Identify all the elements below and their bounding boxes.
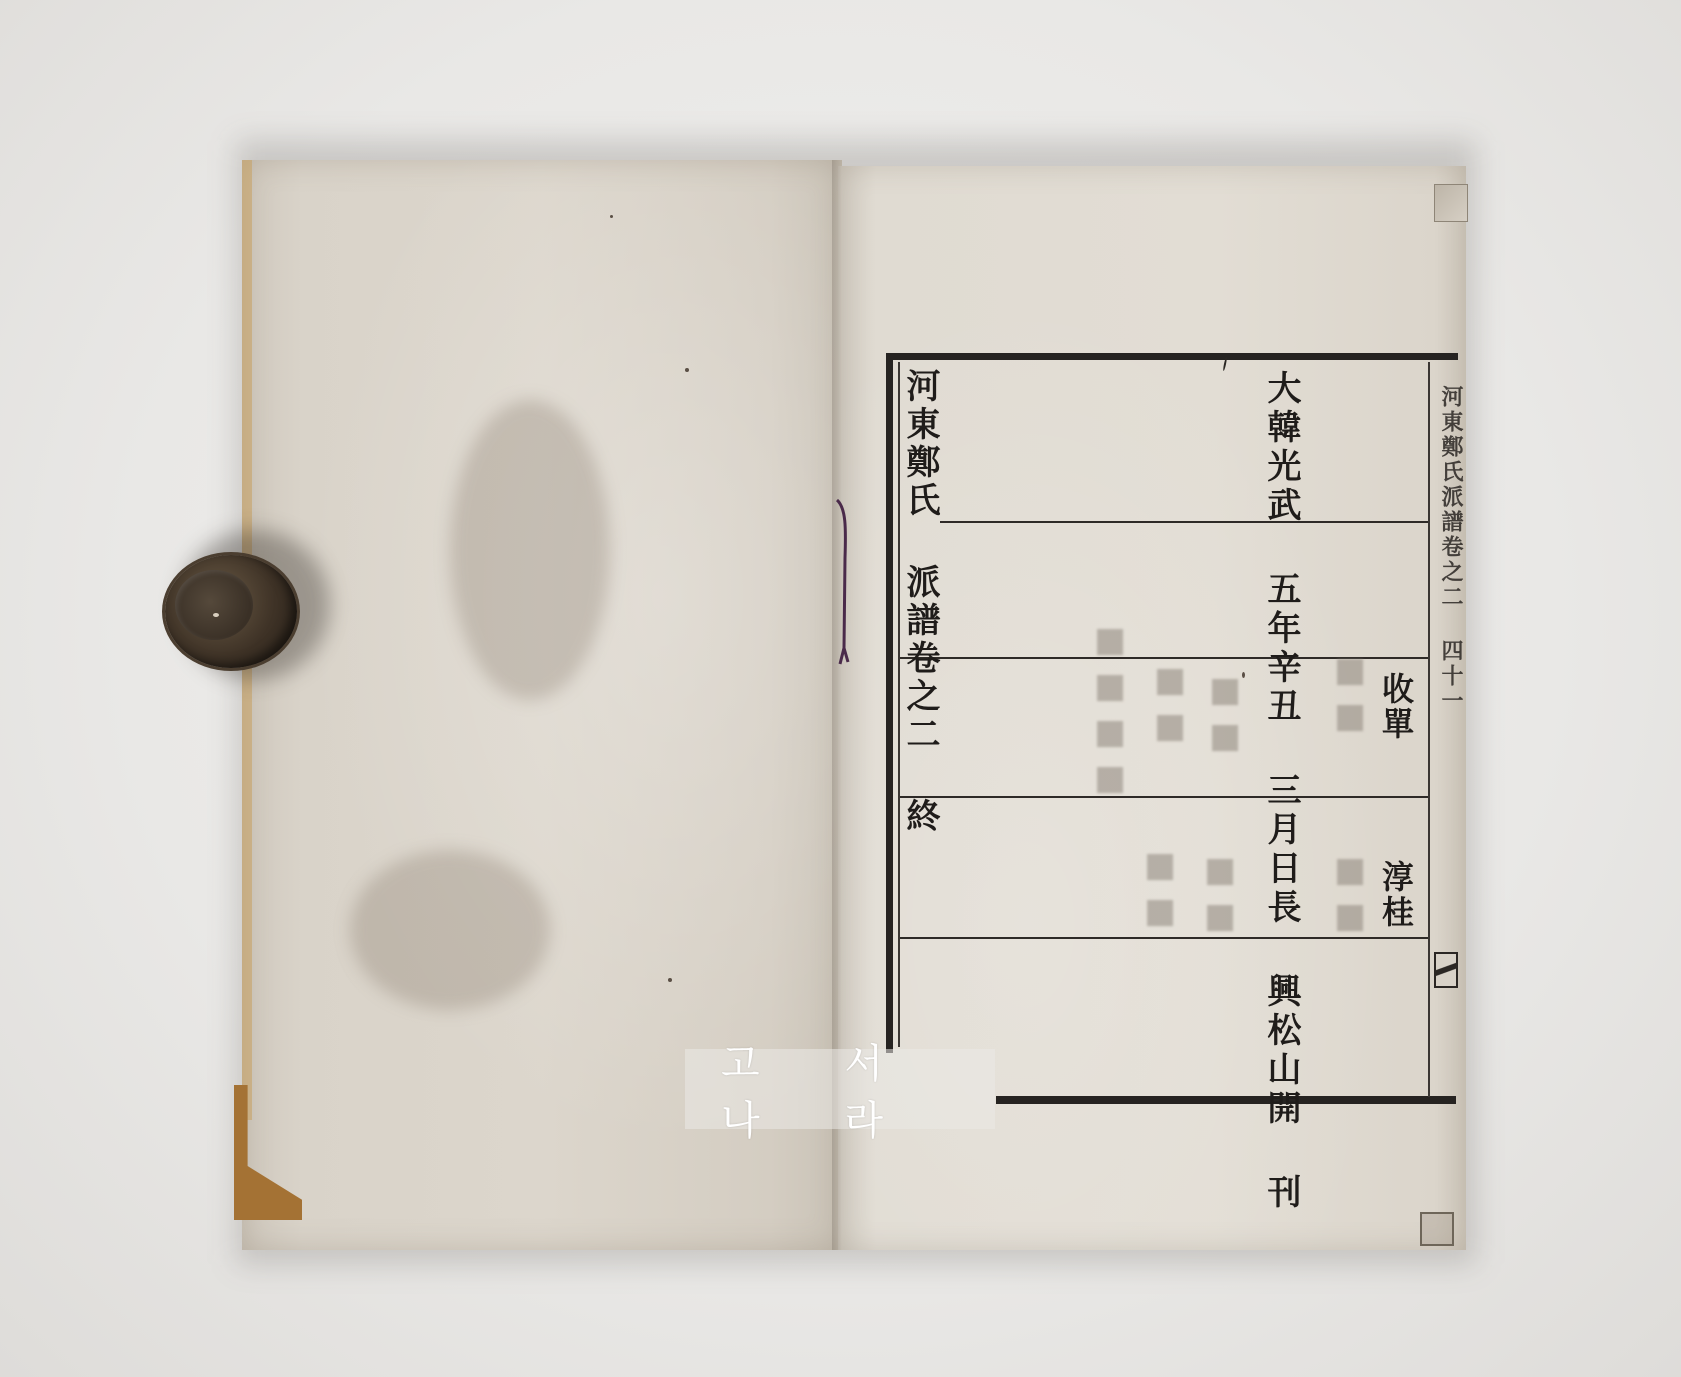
paper-speck — [685, 368, 689, 372]
brass-weight-knob — [175, 570, 253, 640]
frame-border-bottom — [996, 1096, 1456, 1104]
bleed-through-text: ■■ — [1150, 660, 1190, 752]
collector-name: 淳桂 — [1376, 860, 1416, 930]
frame-border-left — [886, 353, 893, 1053]
table-row-divider — [940, 521, 1428, 523]
paper-stain — [350, 850, 550, 1010]
page-corner-fold — [1434, 184, 1468, 222]
paper-speck — [668, 978, 672, 982]
bleed-through-text: ■■ — [1140, 845, 1180, 937]
bleed-through-text: ■■ — [1205, 670, 1245, 762]
bleed-through-text: ■■■■ — [1090, 620, 1130, 804]
paper-stain — [450, 400, 610, 700]
frame-border-top — [888, 353, 1458, 360]
printing-colophon: 大韓光武 五年辛丑 三月日長 興松山開 刊 — [1261, 370, 1301, 1213]
brass-weight-highlight — [213, 613, 219, 617]
margin-title: 河東鄭氏派譜卷之二 四十一 — [1436, 385, 1467, 714]
page-corner-patch — [1420, 1212, 1454, 1246]
watermark: 고 서 나 라 — [685, 1049, 995, 1129]
paper-speck — [610, 215, 613, 218]
fish-tail-mark-icon — [1434, 952, 1458, 988]
volume-title-end: 河東鄭氏 派譜卷之二 終 — [900, 368, 940, 836]
paper-speck — [1242, 672, 1245, 678]
frame-margin-line — [1428, 362, 1430, 1097]
bleed-through-text: ■■ — [1330, 650, 1370, 742]
watermark-text: 고 서 나 라 — [685, 1032, 995, 1146]
bleed-through-text: ■■ — [1200, 850, 1240, 942]
table-row-divider — [900, 796, 1428, 798]
collector-label: 收單 — [1376, 672, 1416, 742]
bleed-through-text: ■■ — [1330, 850, 1370, 942]
binding-thread — [836, 498, 850, 668]
